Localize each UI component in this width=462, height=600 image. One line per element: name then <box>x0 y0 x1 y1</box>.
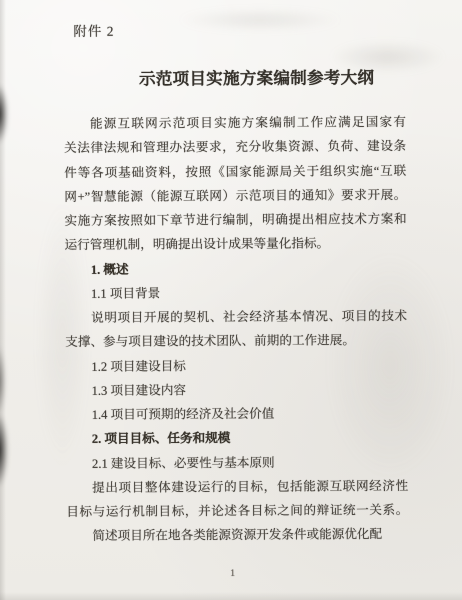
document-body: 能源互联网示范项目实施方案编制工作应满足国家有关法律法规和管理办法要求，充分收集… <box>64 110 409 549</box>
document-title: 示范项目实施方案编制参考大纲 <box>86 64 428 90</box>
text-line: 2.1 建设目标、必要性与基本原则 <box>66 449 408 475</box>
text-line: 提出项目整体建设运行的目标，包括能源互联网经济性 <box>66 474 408 500</box>
text-line: 实施方案按照如下章节进行编制，明确提出相应技术方案和 <box>64 207 406 233</box>
text-line: 简述项目所在地各类能源资源开发条件或能源优化配 <box>66 522 408 548</box>
scanned-page: 附件 2 示范项目实施方案编制参考大纲 能源互联网示范项目实施方案编制工作应满足… <box>0 0 462 600</box>
text-line: 1.3 项目建设内容 <box>65 377 407 403</box>
text-line: 关法律法规和管理办法要求，充分收集资源、负荷、建设条 <box>64 134 406 160</box>
text-line: 件等各项基础资料，按照《国家能源局关于组织实施“互联 <box>64 158 406 184</box>
text-line: 1.2 项目建设目标 <box>65 352 407 378</box>
text-line: 目标与运行机制目标，并论述各目标之间的辩证统一关系。 <box>66 498 408 524</box>
page-number: 1 <box>2 567 462 581</box>
text-line: 说明项目开展的契机、社会经济基本情况、项目的技术 <box>65 304 407 330</box>
text-line: 能源互联网示范项目实施方案编制工作应满足国家有 <box>64 110 406 136</box>
section-heading-line: 1. 概述 <box>65 255 407 281</box>
document-content: 附件 2 示范项目实施方案编制参考大纲 能源互联网示范项目实施方案编制工作应满足… <box>0 0 462 600</box>
section-heading-line: 2. 项目目标、任务和规模 <box>66 425 408 451</box>
text-line: 运行管理机制，明确提出设计成果等量化指标。 <box>65 231 407 257</box>
attachment-label: 附件 2 <box>73 20 114 40</box>
text-line: 1.4 项目可预期的经济及社会价值 <box>66 401 408 427</box>
text-line: 网+”智慧能源（能源互联网）示范项目的通知》要求开展。 <box>64 183 406 209</box>
text-line: 1.1 项目背景 <box>65 280 407 306</box>
text-line: 支撑、参与项目建设的技术团队、前期的工作进展。 <box>65 328 407 354</box>
